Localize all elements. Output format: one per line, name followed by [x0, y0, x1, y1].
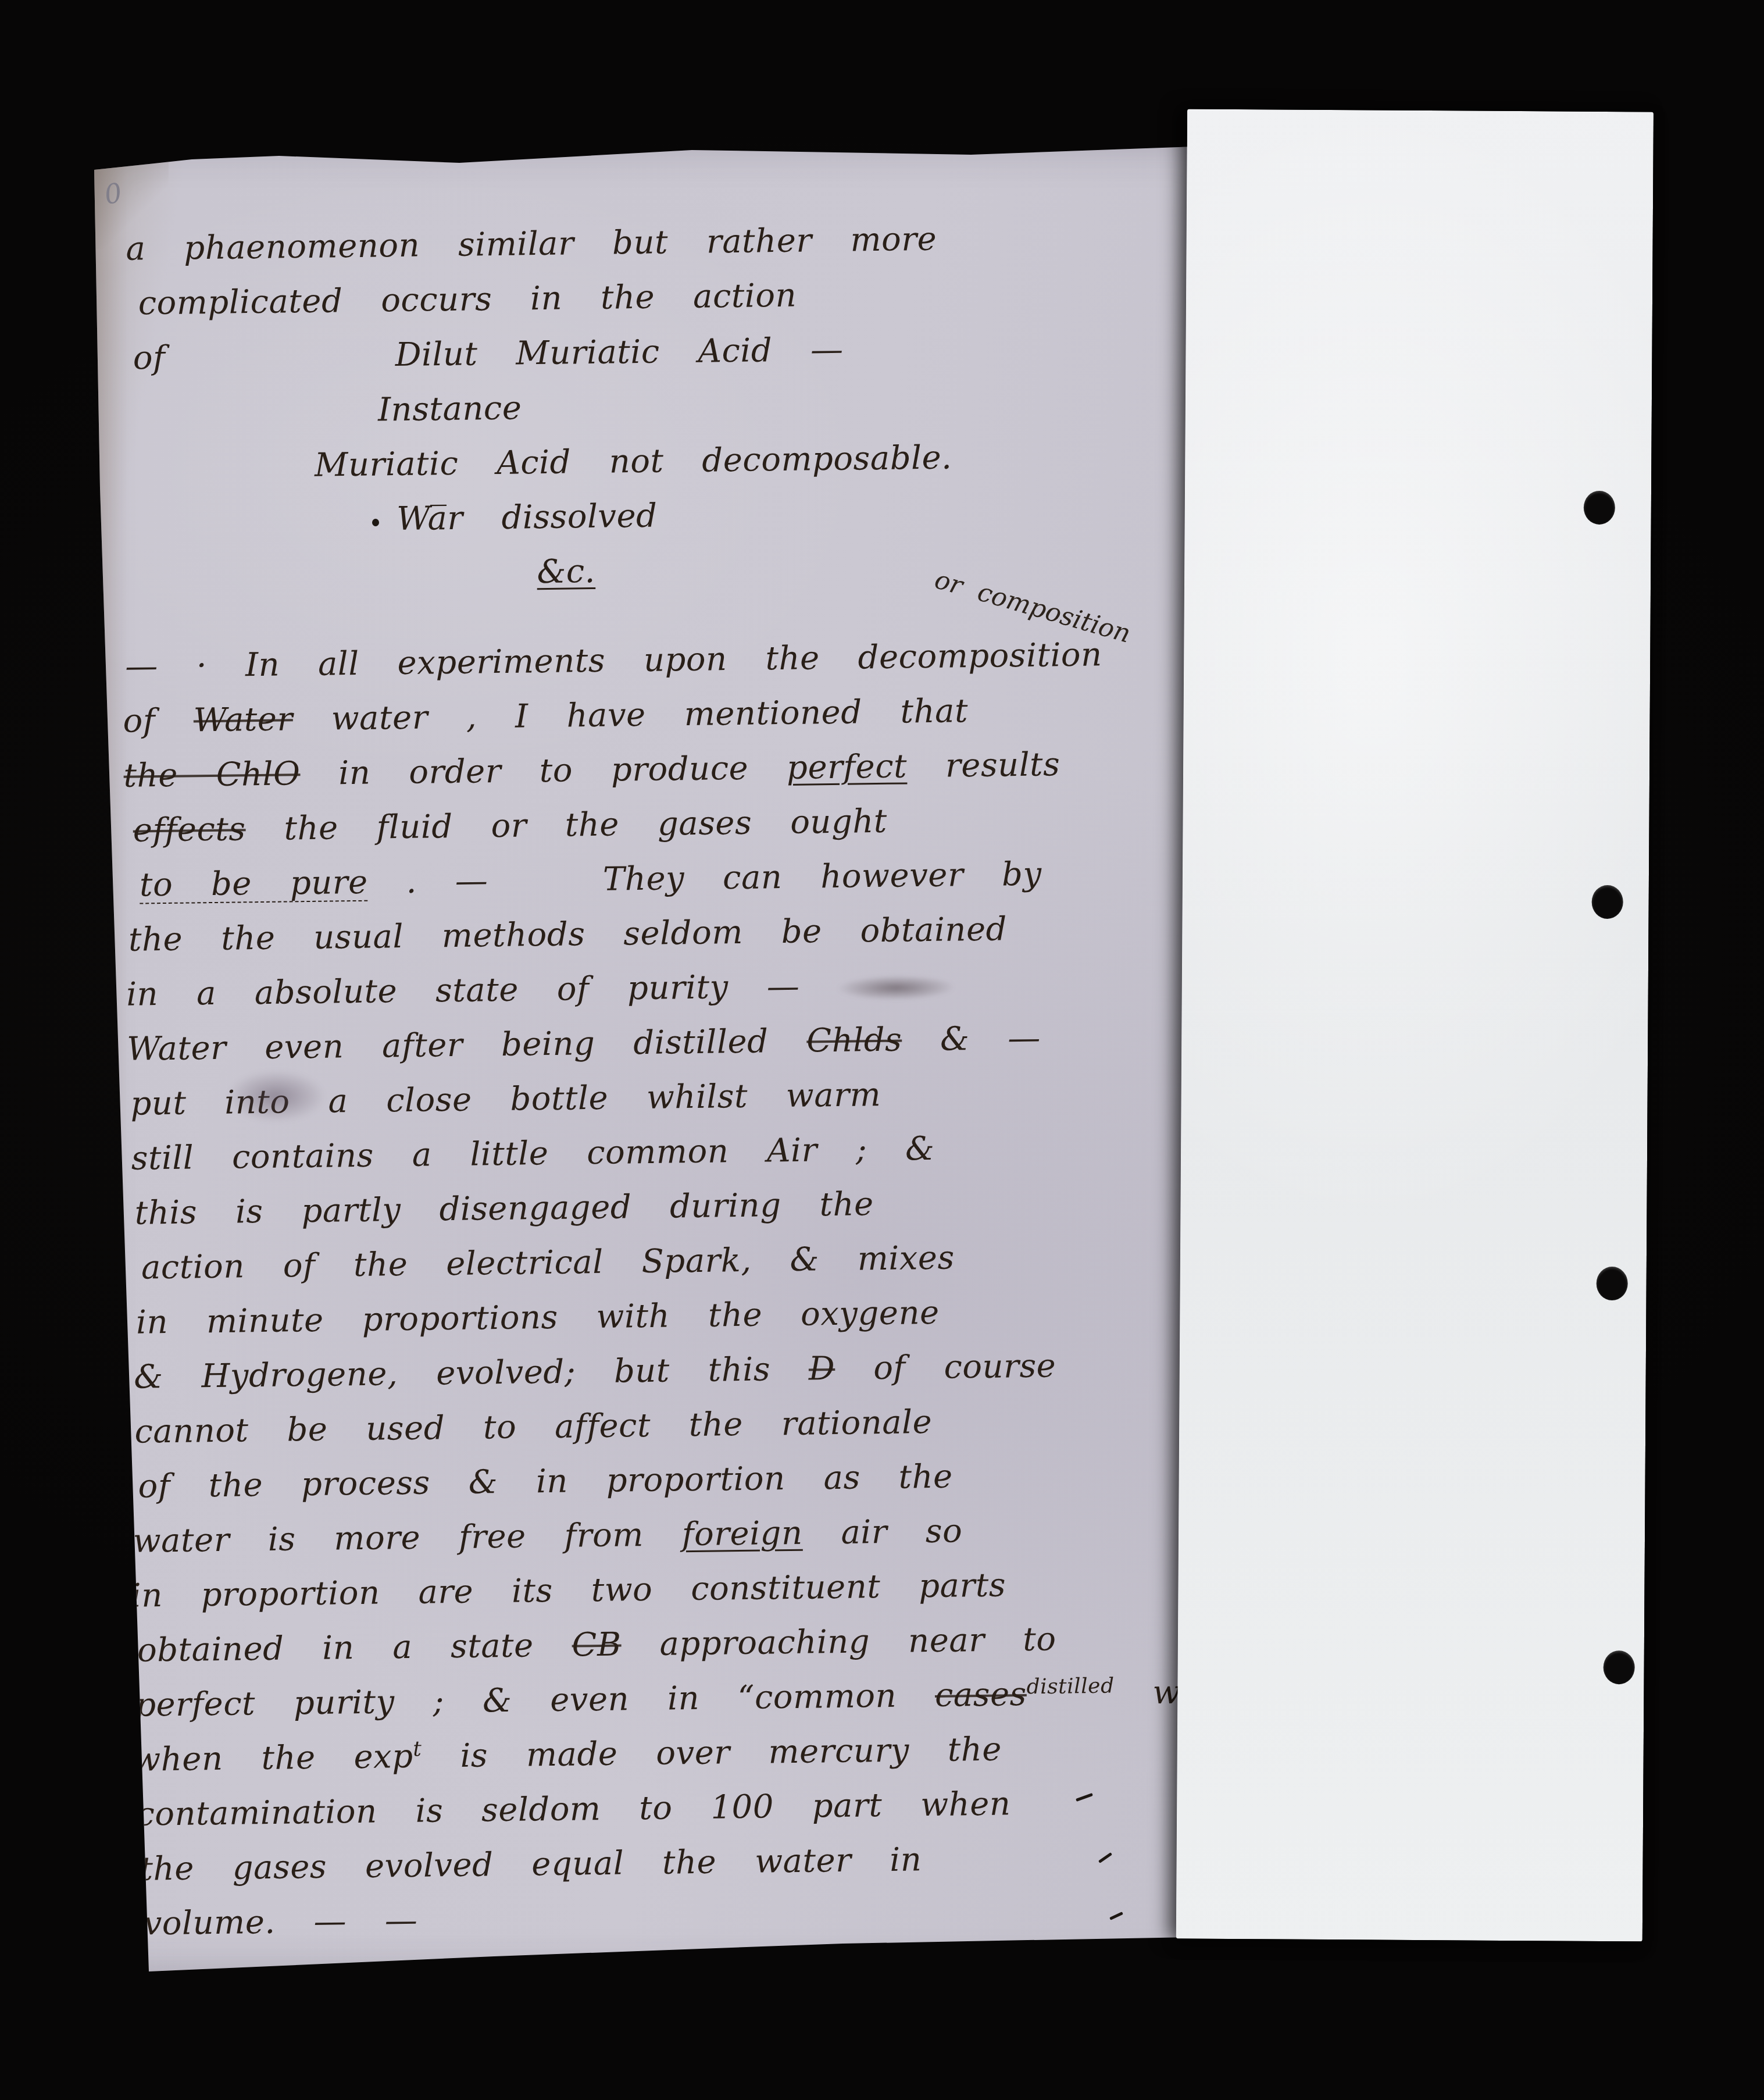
manuscript-text-segment: in a absolute state of purity —	[126, 967, 838, 1014]
manuscript-text: a phaenomenon similar but rather morecom…	[114, 209, 1228, 1952]
manuscript-text-segment: the ChlO	[123, 755, 301, 795]
punch-hole	[1603, 1650, 1634, 1684]
punch-hole	[1584, 491, 1615, 525]
manuscript-text-segment: Water	[193, 700, 293, 739]
manuscript-text-segment: Water even after being distilled	[127, 1022, 807, 1068]
manuscript-text-segment: &c.	[537, 552, 595, 591]
manuscript-text-segment: in minute proportions with the oxygene	[136, 1294, 940, 1342]
photograph-background: 0 a phaenomenon similar but rather morec…	[0, 0, 1764, 2100]
punch-hole	[1592, 885, 1623, 919]
manuscript-text-segment: . — They can however by	[367, 855, 1042, 901]
manuscript-line: &c.	[537, 537, 1212, 600]
manuscript-text-segment: — · In all experiments upon the decompos…	[125, 636, 1102, 686]
manuscript-text-segment: foreign	[681, 1514, 802, 1554]
manuscript-text-segment: t	[413, 1737, 422, 1761]
manuscript-text-segment: contamination is seldom to 100 part when	[136, 1785, 1011, 1833]
guard-strip	[1176, 109, 1654, 1942]
manuscript-page: 0 a phaenomenon similar but rather morec…	[87, 140, 1229, 1977]
manuscript-text-segment: a phaenomenon similar but rather more	[126, 220, 937, 268]
manuscript-text-segment: is made over mercury the	[422, 1731, 1002, 1775]
manuscript-text-segment: & —	[902, 1019, 1041, 1059]
manuscript-text-segment: Muriatic Acid not decomposable.	[315, 438, 952, 484]
manuscript-line: Instance	[377, 373, 1209, 437]
manuscript-text-segment: of course	[835, 1347, 1056, 1388]
manuscript-text-segment: volume. — —	[143, 1902, 417, 1943]
manuscript-text-segment: CB	[572, 1626, 622, 1664]
manuscript-text-segment: to be pure	[140, 864, 369, 904]
manuscript-text-segment: effects	[133, 810, 246, 849]
manuscript-text-segment: Wa̅r dissolved	[397, 497, 658, 538]
punch-hole	[1597, 1267, 1628, 1300]
manuscript-text-segment: D	[808, 1350, 835, 1388]
manuscript-text-segment: perfect purity ; & even in “common	[135, 1677, 935, 1724]
manuscript-text-segment: approaching near to	[621, 1620, 1056, 1663]
manuscript-text-segment: the fluid or the gases ought	[245, 803, 887, 848]
ink-smudge	[838, 975, 954, 1000]
manuscript-text-segment: still contains a little common Air ; &	[131, 1130, 934, 1178]
manuscript-text-segment: the gases evolved equal the water in	[140, 1841, 922, 1888]
manuscript-text-segment: perfect	[787, 747, 908, 787]
manuscript-text-segment: of Dilut Muriatic Acid —	[133, 331, 843, 377]
manuscript-text-segment: of the process & in proportion as the	[138, 1458, 953, 1506]
manuscript-text-segment: Chlds	[806, 1021, 902, 1060]
manuscript-text-segment: obtained in a state	[137, 1627, 572, 1670]
manuscript-text-segment: air so	[802, 1512, 963, 1552]
manuscript-text-segment: cannot be used to affect the rationale	[134, 1403, 933, 1451]
manuscript-text-segment: put into a close bottle whilst warm	[130, 1076, 881, 1123]
manuscript-text-segment: results	[907, 746, 1060, 785]
manuscript-text-segment: complicated occurs in the action	[138, 277, 797, 323]
manuscript-text-segment: in proportion are its two constituent pa…	[130, 1566, 1006, 1614]
manuscript-text-segment: distilled	[1026, 1674, 1114, 1699]
manuscript-text-segment: cases	[935, 1675, 1027, 1714]
manuscript-text-segment: water is more free from	[133, 1516, 682, 1560]
manuscript-text-segment: of	[123, 701, 194, 740]
pencil-page-number: 0	[102, 179, 124, 208]
manuscript-text-segment: the the usual methods seldom be obtained	[128, 910, 1008, 958]
manuscript-text-segment: & Hydrogene, evolved; but this	[134, 1350, 809, 1396]
manuscript-line: Wa̅r dissolved	[397, 482, 1211, 547]
manuscript-text-segment: action of the electrical Spark, & mixes	[141, 1239, 955, 1286]
manuscript-text-segment: this is partly disengaged during the	[134, 1185, 874, 1232]
manuscript-text-segment: when the exp	[133, 1738, 413, 1779]
manuscript-text-segment: in order to produce	[300, 749, 787, 793]
manuscript-text-segment: Instance	[378, 389, 522, 429]
manuscript-text-segment: water , I have mentioned that	[292, 692, 968, 738]
